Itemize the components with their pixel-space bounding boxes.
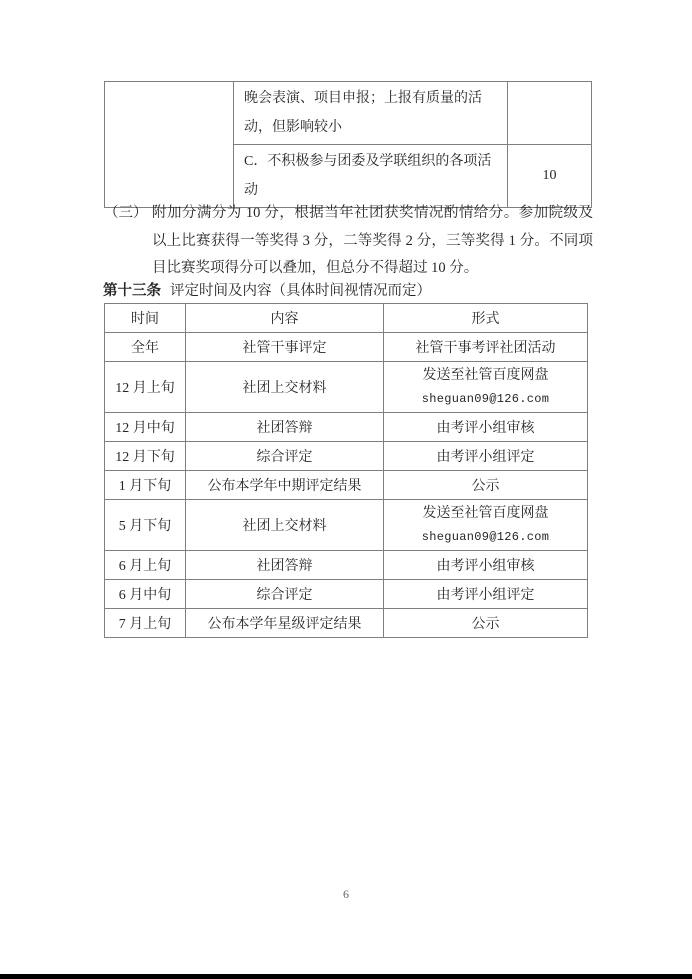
time-cell: 5 月下旬 bbox=[105, 500, 186, 551]
time-cell: 12 月上旬 bbox=[105, 362, 186, 413]
email-address: sheguan09@126.com bbox=[388, 526, 583, 548]
content-cell: 公布本学年中期评定结果 bbox=[186, 471, 384, 500]
table-row: 1 月下旬 公布本学年中期评定结果 公示 bbox=[105, 471, 588, 500]
content-cell: 综合评定 bbox=[186, 580, 384, 609]
clause-number-label: （三） bbox=[104, 200, 152, 283]
content-cell: 公布本学年星级评定结果 bbox=[186, 609, 384, 638]
time-cell: 1 月下旬 bbox=[105, 471, 186, 500]
score-table-continued: 晚会表演、项目申报；上报有质量的活动，但影响较小 C．不积极参与团委及学联组织的… bbox=[104, 81, 592, 208]
content-cell: 社管干事评定 bbox=[186, 333, 384, 362]
form-cell: 公示 bbox=[384, 471, 588, 500]
form-line-1: 发送至社管百度网盘 bbox=[388, 364, 583, 388]
score-cell bbox=[508, 82, 592, 145]
page-number: 6 bbox=[0, 887, 692, 902]
content-cell: 社团上交材料 bbox=[186, 362, 384, 413]
time-cell: 6 月上旬 bbox=[105, 551, 186, 580]
time-cell: 全年 bbox=[105, 333, 186, 362]
form-cell: 发送至社管百度网盘 sheguan09@126.com bbox=[384, 362, 588, 413]
criteria-cell: C．不积极参与团委及学联组织的各项活动 bbox=[234, 145, 508, 208]
table-row: 晚会表演、项目申报；上报有质量的活动，但影响较小 bbox=[105, 82, 592, 145]
form-cell: 公示 bbox=[384, 609, 588, 638]
table-row: 12 月上旬 社团上交材料 发送至社管百度网盘 sheguan09@126.co… bbox=[105, 362, 588, 413]
table-row: 12 月下旬 综合评定 由考评小组评定 bbox=[105, 442, 588, 471]
table-row: 7 月上旬 公布本学年星级评定结果 公示 bbox=[105, 609, 588, 638]
category-cell-empty bbox=[105, 82, 234, 208]
email-address: sheguan09@126.com bbox=[388, 388, 583, 410]
header-form: 形式 bbox=[384, 304, 588, 333]
time-cell: 12 月下旬 bbox=[105, 442, 186, 471]
content-cell: 综合评定 bbox=[186, 442, 384, 471]
table-header-row: 时间 内容 形式 bbox=[105, 304, 588, 333]
time-cell: 6 月中旬 bbox=[105, 580, 186, 609]
schedule-table: 时间 内容 形式 全年 社管干事评定 社管干事考评社团活动 12 月上旬 社团上… bbox=[104, 303, 588, 638]
table-row: 6 月上旬 社团答辩 由考评小组审核 bbox=[105, 551, 588, 580]
header-time: 时间 bbox=[105, 304, 186, 333]
bottom-edge-bar bbox=[0, 974, 692, 979]
clause-body-text: 附加分满分为 10 分，根据当年社团获奖情况酌情给分。参加院级及以上比赛获得一等… bbox=[152, 200, 593, 283]
form-cell: 社管干事考评社团活动 bbox=[384, 333, 588, 362]
time-cell: 12 月中旬 bbox=[105, 413, 186, 442]
content-cell: 社团答辩 bbox=[186, 551, 384, 580]
table-row: 6 月中旬 综合评定 由考评小组评定 bbox=[105, 580, 588, 609]
article-title: 评定时间及内容（具体时间视情况而定） bbox=[170, 283, 431, 299]
form-line-1: 发送至社管百度网盘 bbox=[388, 502, 583, 526]
table-row: 全年 社管干事评定 社管干事考评社团活动 bbox=[105, 333, 588, 362]
article-number: 第十三条 bbox=[103, 283, 161, 299]
article-13-heading: 第十三条评定时间及内容（具体时间视情况而定） bbox=[103, 279, 431, 300]
form-cell: 由考评小组审核 bbox=[384, 551, 588, 580]
score-cell: 10 bbox=[508, 145, 592, 208]
table-row: 12 月中旬 社团答辩 由考评小组审核 bbox=[105, 413, 588, 442]
form-cell: 发送至社管百度网盘 sheguan09@126.com bbox=[384, 500, 588, 551]
clause-three-paragraph: （三） 附加分满分为 10 分，根据当年社团获奖情况酌情给分。参加院级及以上比赛… bbox=[104, 200, 593, 283]
content-cell: 社团答辩 bbox=[186, 413, 384, 442]
header-content: 内容 bbox=[186, 304, 384, 333]
table-row: 5 月下旬 社团上交材料 发送至社管百度网盘 sheguan09@126.com bbox=[105, 500, 588, 551]
form-cell: 由考评小组评定 bbox=[384, 580, 588, 609]
content-cell: 社团上交材料 bbox=[186, 500, 384, 551]
criteria-cell: 晚会表演、项目申报；上报有质量的活动，但影响较小 bbox=[234, 82, 508, 145]
document-page: 晚会表演、项目申报；上报有质量的活动，但影响较小 C．不积极参与团委及学联组织的… bbox=[0, 0, 692, 979]
form-cell: 由考评小组审核 bbox=[384, 413, 588, 442]
form-cell: 由考评小组评定 bbox=[384, 442, 588, 471]
time-cell: 7 月上旬 bbox=[105, 609, 186, 638]
